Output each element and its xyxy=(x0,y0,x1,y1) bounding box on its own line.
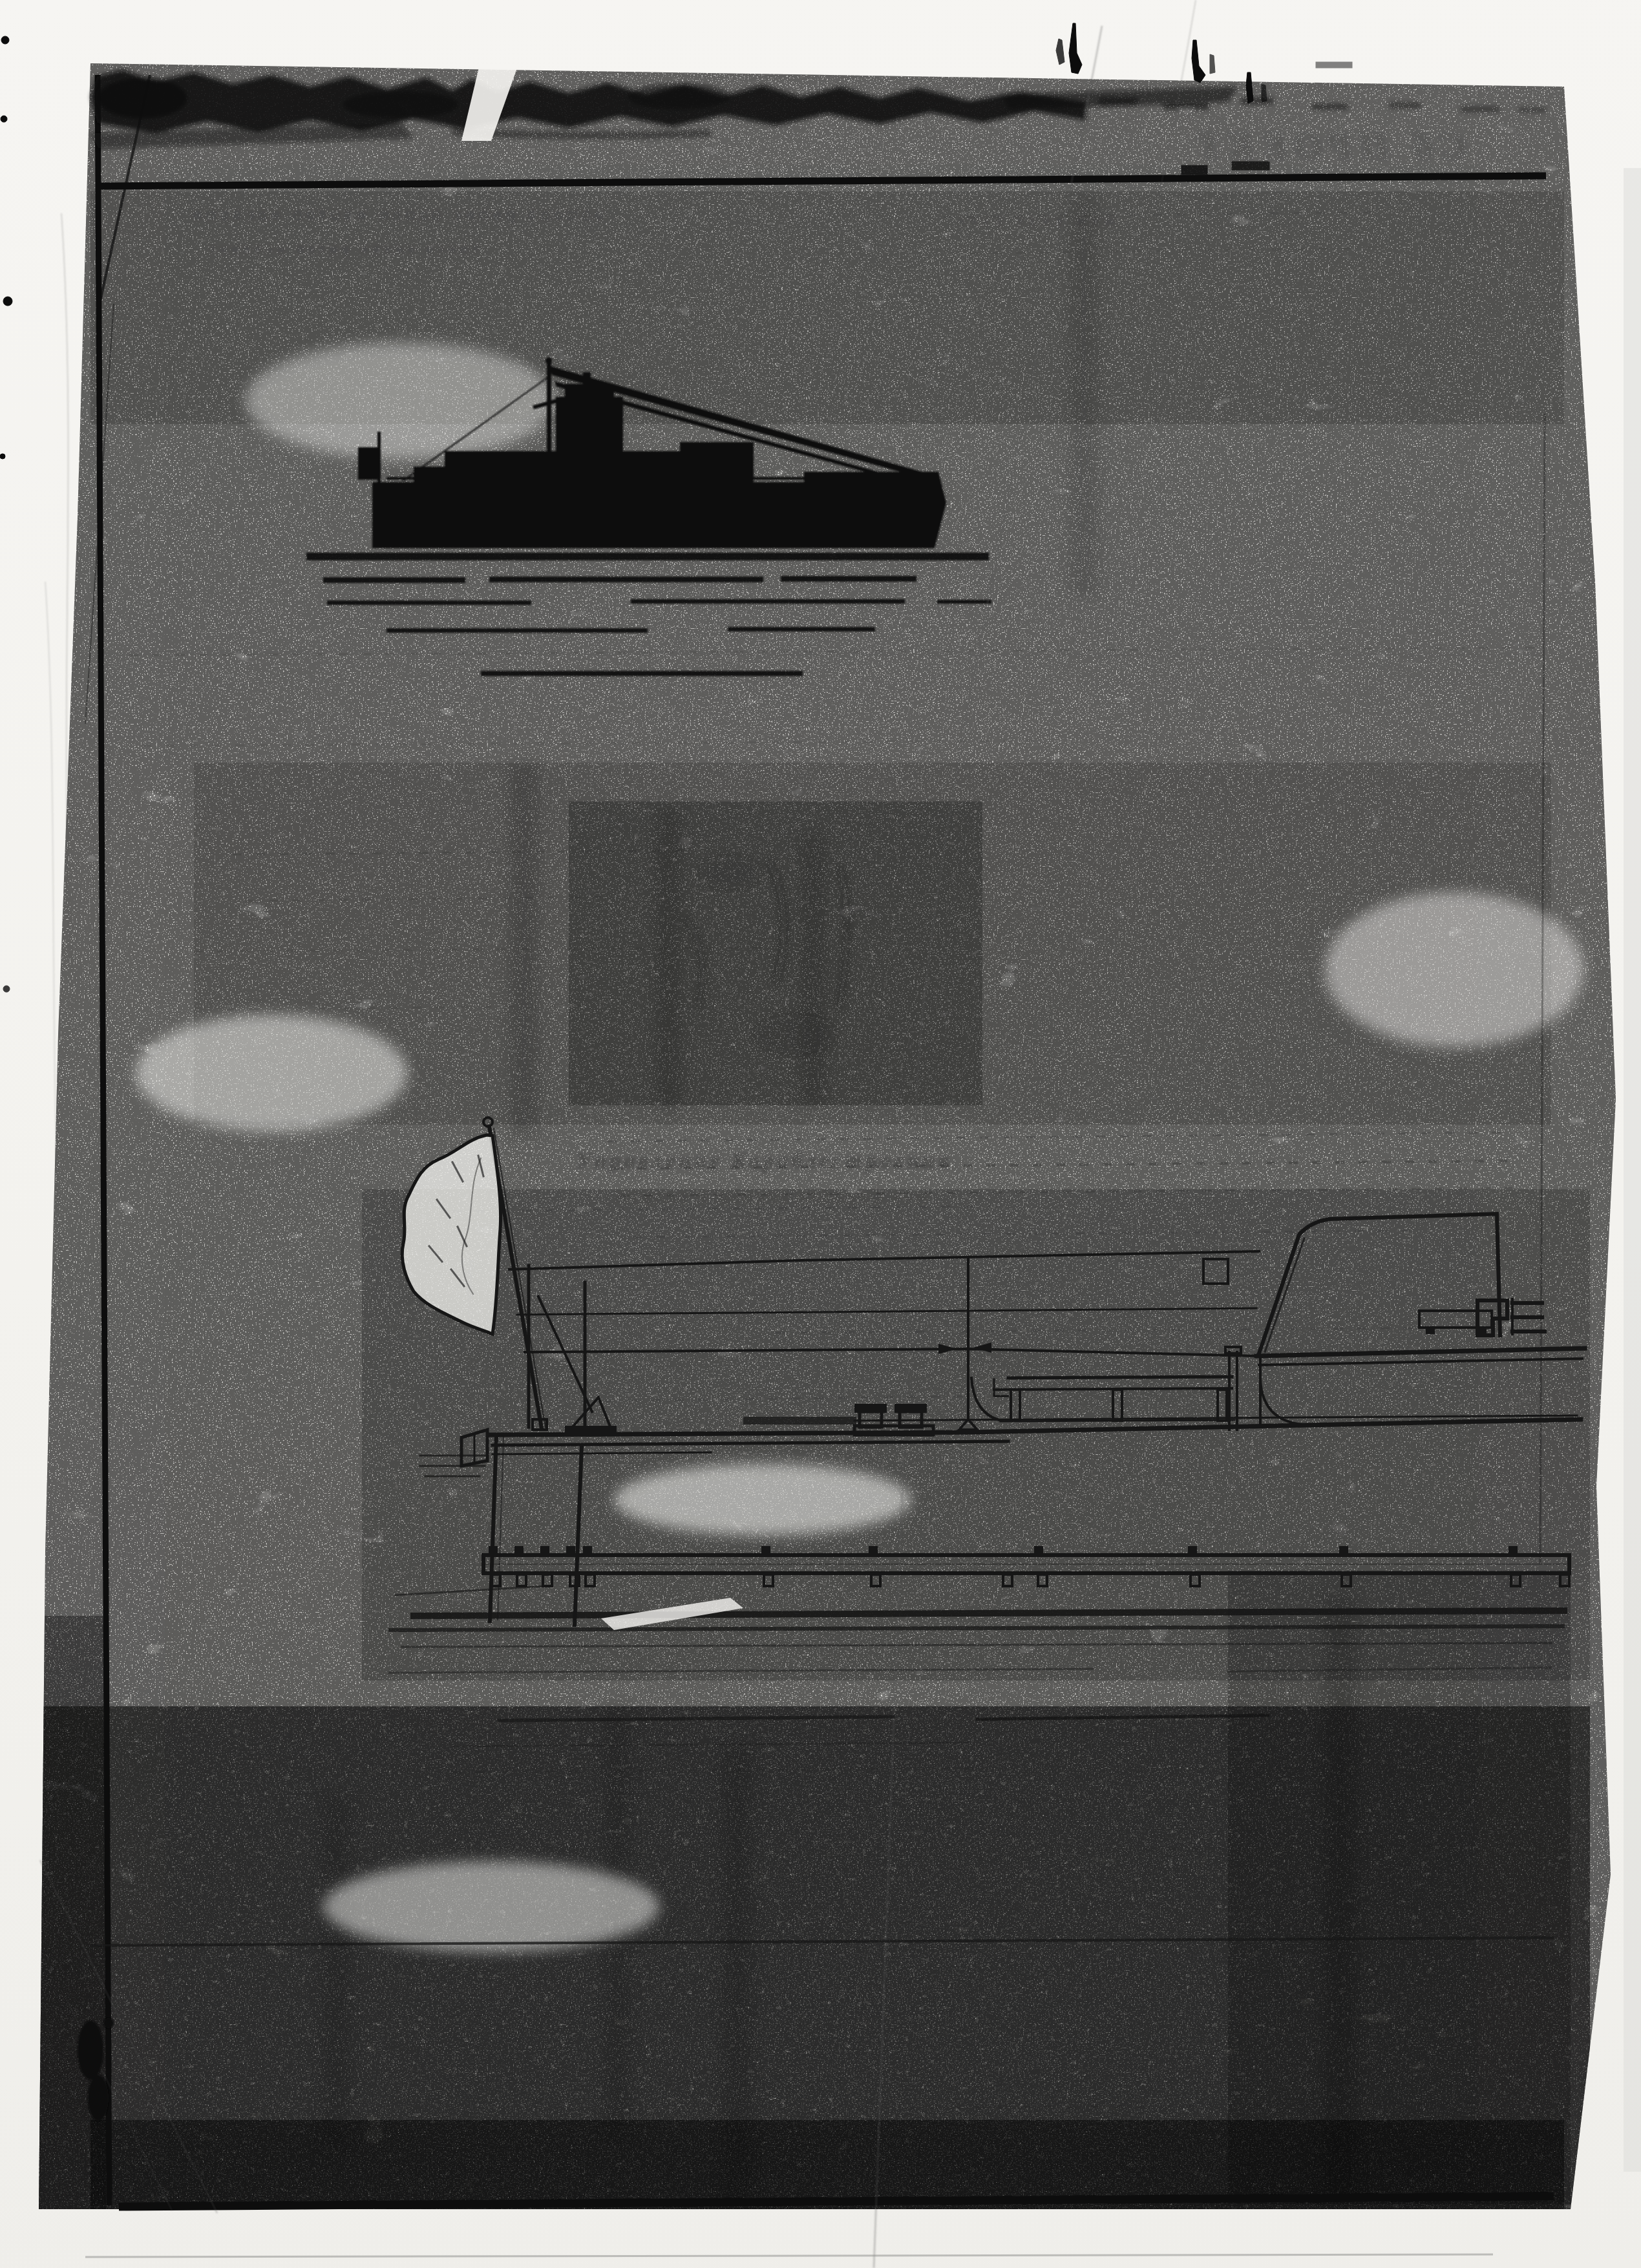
scanned-page: овмеал ронос венап олитев оаслуно тносв … xyxy=(0,0,1641,2268)
mast xyxy=(547,359,551,454)
stern-flag xyxy=(358,447,380,480)
superstructure xyxy=(445,451,716,485)
bridge xyxy=(556,397,623,454)
bottom-paper-edge xyxy=(85,2254,1493,2257)
right-page-edge-shadow xyxy=(1624,168,1641,2172)
masthead xyxy=(545,357,552,364)
scan-artwork xyxy=(0,0,1641,2268)
deck-rail xyxy=(386,477,807,480)
photocopy-grain xyxy=(0,62,1641,2210)
stern-flagpole xyxy=(377,432,381,486)
deck-smear xyxy=(743,1417,856,1425)
